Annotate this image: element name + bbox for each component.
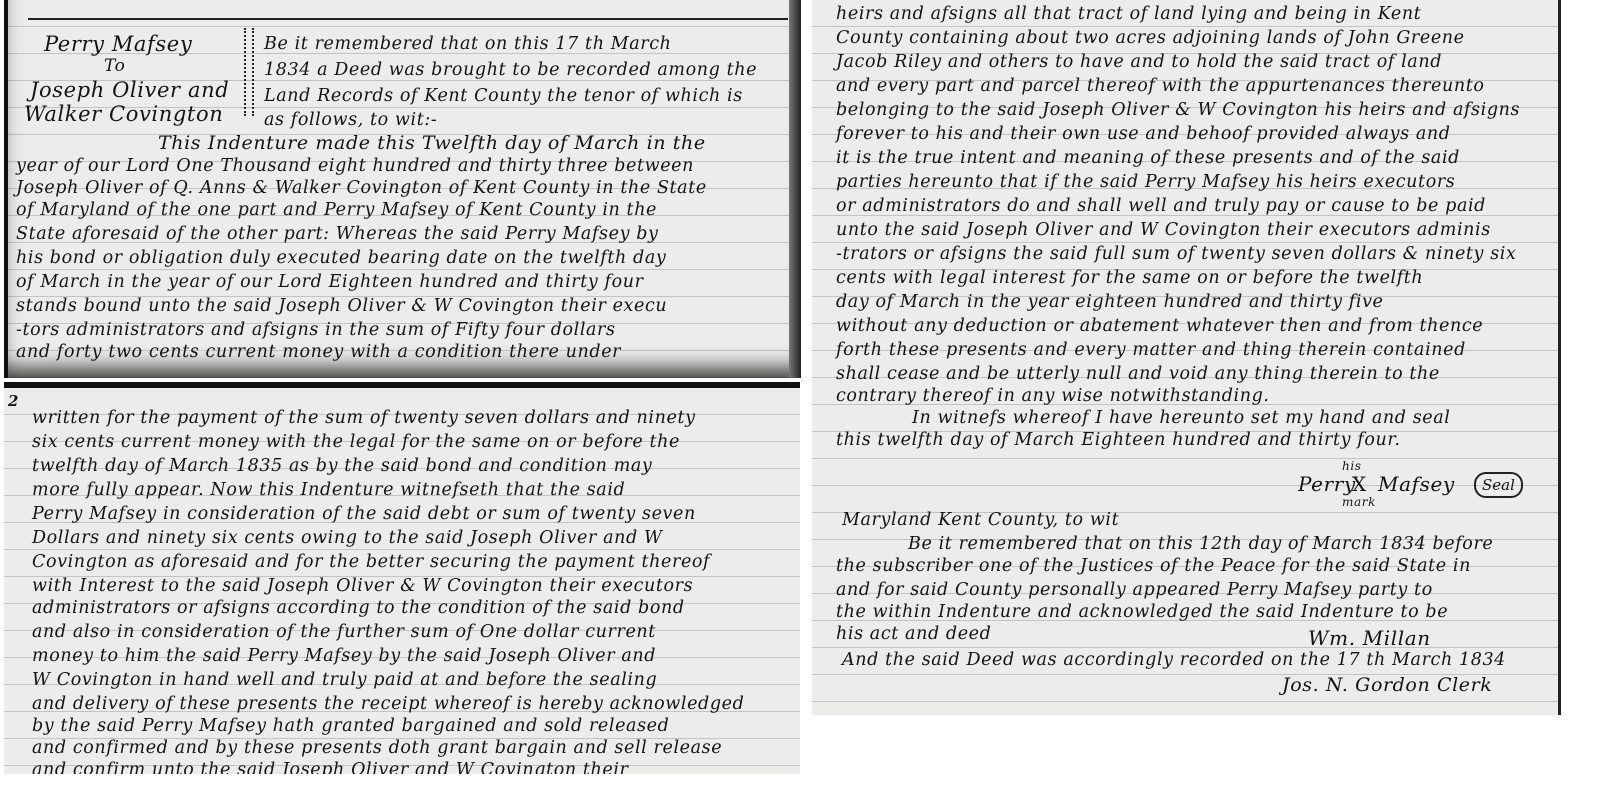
text-line: Be it remembered that on this 17 th Marc… — [264, 36, 672, 54]
signature-his: his — [1342, 460, 1362, 472]
text-line: and every part and parcel thereof with t… — [836, 78, 1485, 96]
text-line: as follows, to wit:- — [264, 112, 437, 130]
text-line: Perry Mafsey in consideration of the sai… — [32, 506, 696, 524]
text-line: belonging to the said Joseph Oliver & W … — [836, 102, 1520, 120]
margin-brace — [244, 28, 254, 116]
text-line: without any deduction or abatement whate… — [836, 318, 1483, 336]
text-line: and also in consideration of the further… — [32, 624, 656, 642]
text-line: administrators or afsigns according to t… — [32, 600, 685, 618]
text-line: W Covington in hand well and truly paid … — [32, 672, 657, 690]
text-line: -trators or afsigns the said full sum of… — [836, 246, 1516, 264]
text-line: cents with legal interest for the same o… — [836, 270, 1423, 288]
clerk-signature: Jos. N. Gordon Clerk — [1282, 676, 1492, 695]
text-line: and confirm unto the said Joseph Oliver … — [32, 762, 629, 774]
ack-line: his act and deed — [836, 626, 991, 644]
text-line: Land Records of Kent County the tenor of… — [264, 88, 743, 106]
text-line: money to him the said Perry Mafsey by th… — [32, 648, 656, 666]
text-line: In witnefs whereof I have hereunto set m… — [912, 410, 1450, 428]
text-line: County containing about two acres adjoin… — [836, 30, 1465, 48]
text-line: heirs and afsigns all that tract of land… — [836, 6, 1421, 24]
text-line: written for the payment of the sum of tw… — [32, 410, 696, 428]
ack-line: Maryland Kent County, to wit — [842, 512, 1119, 530]
text-line: and forty two cents current money with a… — [16, 344, 621, 362]
text-line: shall cease and be utterly null and void… — [836, 366, 1440, 384]
ack-line: the subscriber one of the Justices of th… — [836, 558, 1471, 576]
text-line: State aforesaid of the other part: Where… — [16, 226, 659, 244]
text-line: with Interest to the said Joseph Oliver … — [32, 578, 693, 596]
text-line: year of our Lord One Thousand eight hund… — [16, 158, 694, 176]
text-line: day of March in the year eighteen hundre… — [836, 294, 1384, 312]
page-number: 2 — [8, 392, 18, 410]
deed-page-bottom-left: 2 written for the payment of the sum of … — [4, 382, 800, 774]
signature-mark-x: X — [1352, 474, 1367, 494]
text-line: forever to his and their own use and beh… — [836, 126, 1451, 144]
text-line: six cents current money with the legal f… — [32, 434, 680, 452]
text-line: 1834 a Deed was brought to be recorded a… — [264, 62, 757, 80]
text-line: stands bound unto the said Joseph Oliver… — [16, 298, 667, 316]
text-line: and confirmed and by these presents doth… — [32, 740, 722, 758]
text-line: this twelfth day of March Eighteen hundr… — [836, 432, 1401, 450]
text-line: more fully appear. Now this Indenture wi… — [32, 482, 625, 500]
text-line: unto the said Joseph Oliver and W Coving… — [836, 222, 1491, 240]
deed-page-top-left: Perry Mafsey To Joseph Oliver and Walker… — [4, 0, 801, 378]
text-line: or administrators do and shall well and … — [836, 198, 1486, 216]
text-line: his bond or obligation duly executed bea… — [16, 250, 666, 268]
ack-line: the within Indenture and acknowledged th… — [836, 604, 1448, 622]
text-line: of Maryland of the one part and Perry Ma… — [16, 202, 657, 220]
deed-page-right: heirs and afsigns all that tract of land… — [812, 0, 1561, 715]
recorded-line: And the said Deed was accordingly record… — [842, 652, 1506, 670]
text-line: This Indenture made this Twelfth day of … — [158, 134, 706, 153]
justice-signature: Wm. Millan — [1308, 628, 1431, 648]
header-rule — [28, 18, 788, 20]
text-line: it is the true intent and meaning of the… — [836, 150, 1460, 168]
seal-stamp: Seal — [1474, 472, 1523, 498]
text-line: of March in the year of our Lord Eightee… — [16, 274, 644, 292]
text-line: by the said Perry Mafsey hath granted ba… — [32, 718, 669, 736]
ack-line: Be it remembered that on this 12th day o… — [908, 536, 1493, 554]
ack-line: and for said County personally appeared … — [836, 582, 1433, 600]
signature-first-name: Perry — [1298, 474, 1356, 494]
margin-grantor: Perry Mafsey — [44, 34, 192, 55]
text-line: and delivery of these presents the recei… — [32, 696, 744, 714]
signature-mark: mark — [1342, 496, 1376, 508]
text-line: Covington as aforesaid and for the bette… — [32, 554, 710, 572]
text-line: parties hereunto that if the said Perry … — [836, 174, 1455, 192]
margin-to: To — [104, 58, 125, 75]
text-line: Dollars and ninety six cents owing to th… — [32, 530, 663, 548]
text-line: Joseph Oliver of Q. Anns & Walker Coving… — [16, 180, 707, 198]
text-line: twelfth day of March 1835 as by the said… — [32, 458, 652, 476]
text-line: -tors administrators and afsigns in the … — [16, 322, 616, 340]
margin-grantee-1: Joseph Oliver and — [30, 80, 229, 101]
text-line: Jacob Riley and others to have and to ho… — [836, 54, 1442, 72]
text-line: contrary thereof in any wise notwithstan… — [836, 388, 1270, 406]
text-line: forth these presents and every matter an… — [836, 342, 1466, 360]
signature-last-name: Mafsey — [1378, 474, 1455, 494]
margin-grantee-2: Walker Covington — [24, 104, 223, 125]
